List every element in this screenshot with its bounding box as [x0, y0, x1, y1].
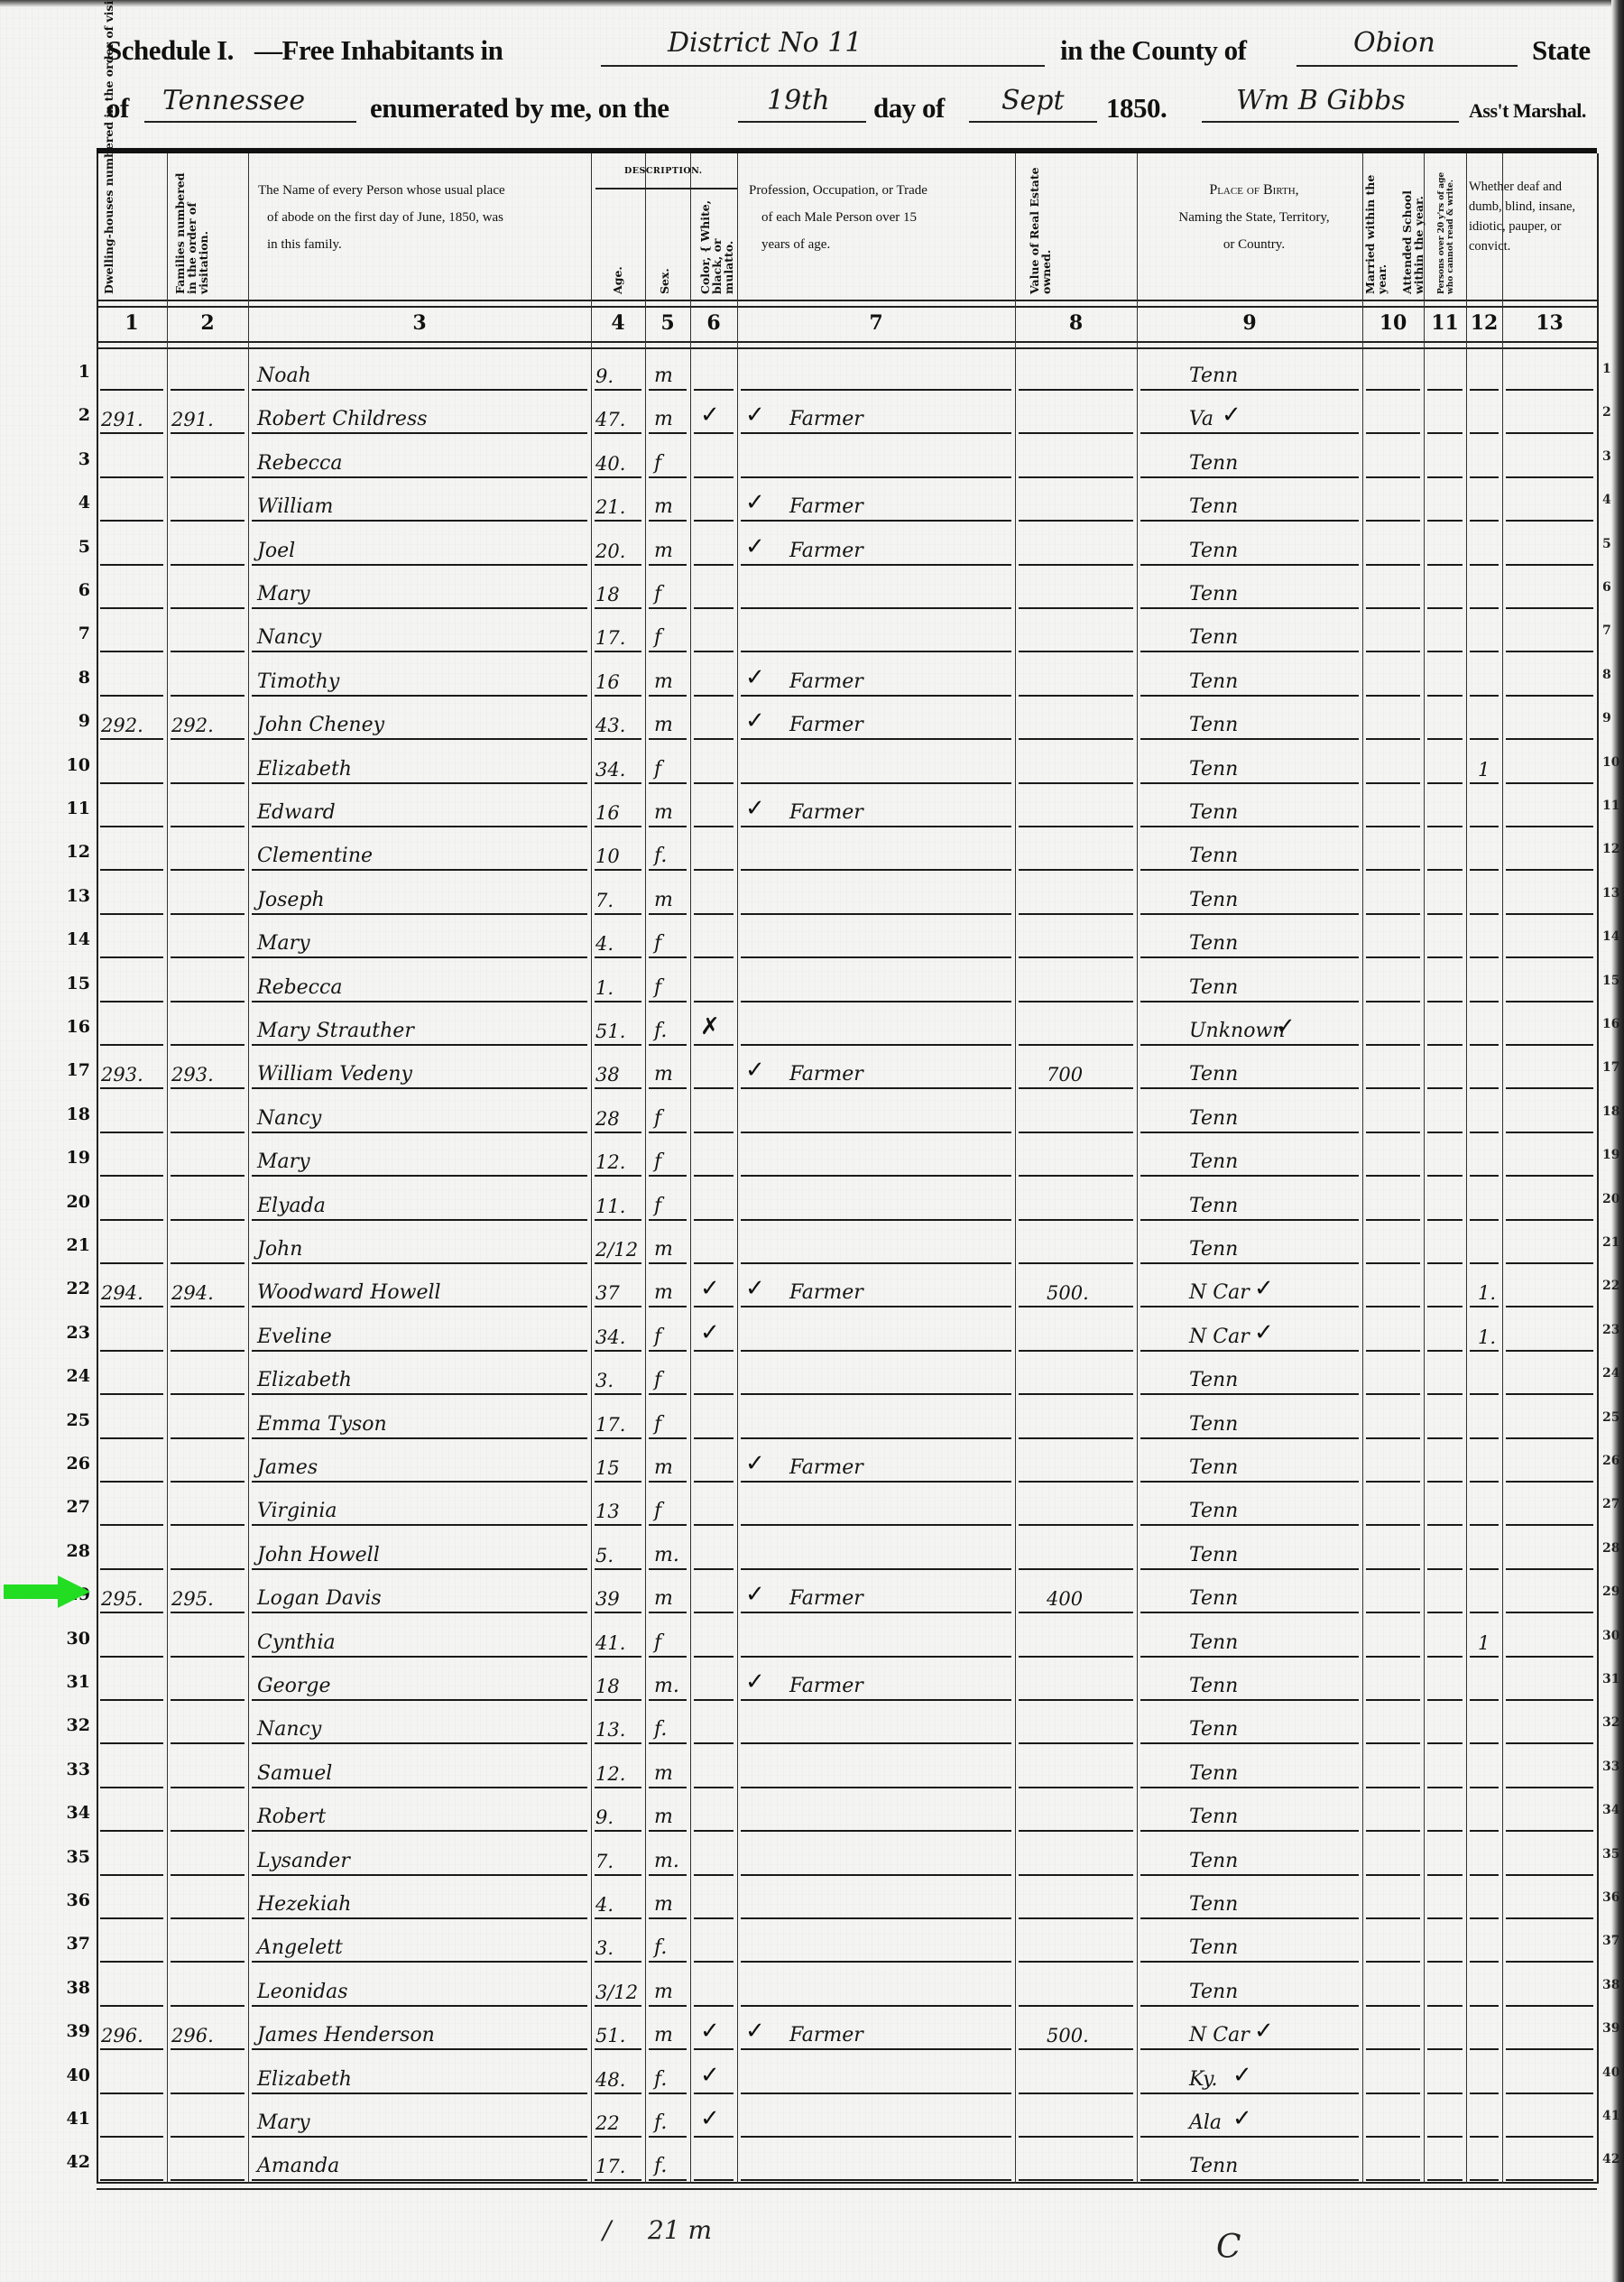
row-rule	[252, 2179, 587, 2181]
birthplace: Tenn	[1189, 801, 1238, 824]
line-number-right: 11	[1602, 799, 1619, 813]
person-age: 21.	[595, 496, 625, 518]
table-row: 1414Mary4.fTenn	[0, 915, 1624, 958]
table-row: 3737Angelett3.f.Tenn	[0, 1919, 1624, 1963]
real-estate-value: 500.	[1047, 2025, 1089, 2046]
header-real-estate: Value of Real Estate owned.	[1029, 159, 1052, 294]
header-color: Color, { White, black, or mulatto.	[699, 193, 734, 294]
footer-bracket-mark: C	[1216, 2229, 1241, 2266]
person-name: Nancy	[257, 1718, 321, 1741]
person-age: 7.	[595, 890, 614, 911]
row-rule	[100, 2179, 163, 2181]
person-name: Lysander	[257, 1850, 350, 1872]
table-row: 88Timothy16m✓FarmerTenn	[0, 653, 1624, 697]
birthplace: Tenn	[1189, 1936, 1238, 1959]
table-row: 1919Mary12.fTenn	[0, 1133, 1624, 1177]
line-number-right: 40	[1602, 2065, 1619, 2080]
line-number: 18	[36, 1104, 90, 1124]
person-sex: m.	[654, 1675, 679, 1697]
line-number-right: 26	[1602, 1454, 1619, 1468]
person-sex: f.	[654, 1020, 667, 1042]
person-sex: f	[654, 758, 661, 781]
illiterate-mark: 1.	[1478, 1326, 1496, 1348]
birthplace: Tenn	[1189, 1107, 1238, 1130]
dwelling-number: 292.	[101, 715, 143, 736]
table-row: 1212Clementine10f.Tenn	[0, 827, 1624, 871]
line-number: 6	[36, 580, 90, 600]
person-sex: f	[654, 1107, 661, 1130]
person-age: 38	[595, 1064, 620, 1086]
birthplace: Tenn	[1189, 626, 1238, 649]
line-number-right: 28	[1602, 1541, 1619, 1556]
line-number: 20	[36, 1192, 90, 1212]
line-number: 32	[36, 1715, 90, 1735]
table-row: 44William21.m✓FarmerTenn	[0, 478, 1624, 522]
person-name: Timothy	[257, 670, 339, 693]
table-row: 2020Elyada11.fTenn	[0, 1178, 1624, 1221]
birthplace: Tenn	[1189, 1238, 1238, 1261]
line-number-right: 29	[1602, 1584, 1619, 1599]
header-occupation: Profession, Occupation, or Trade of each…	[740, 177, 1020, 258]
birthplace: Tenn	[1189, 714, 1238, 736]
marshal-label: Ass't Marshal.	[1469, 99, 1586, 123]
table-row: 2828John Howell5.m.Tenn	[0, 1527, 1624, 1570]
person-sex: f	[654, 1195, 661, 1217]
line-number: 34	[36, 1803, 90, 1823]
line-number-right: 13	[1602, 886, 1619, 901]
person-name: Woodward Howell	[257, 1281, 441, 1304]
occupation: Farmer	[789, 1587, 863, 1610]
birthplace: Tenn	[1189, 1544, 1238, 1566]
birthplace: Tenn	[1189, 495, 1238, 518]
line-number: 26	[36, 1454, 90, 1474]
color-mark: ✓	[700, 2018, 720, 2045]
occupation-check: ✓	[745, 1275, 765, 1302]
person-age: 4.	[595, 933, 614, 955]
table-row: 1111Edward16m✓FarmerTenn	[0, 784, 1624, 827]
birthplace: Tenn	[1189, 1893, 1238, 1916]
line-number: 10	[36, 755, 90, 775]
person-age: 10	[595, 845, 620, 867]
birthplace: Tenn	[1189, 1631, 1238, 1654]
line-number-right: 8	[1602, 668, 1611, 682]
table-row: 3333Samuel12.mTenn	[0, 1745, 1624, 1788]
table-row: 2525Emma Tyson17.fTenn	[0, 1396, 1624, 1439]
line-number: 36	[36, 1890, 90, 1910]
line-number: 38	[36, 1978, 90, 1998]
row-rule	[1506, 2179, 1593, 2181]
person-age: 9.	[595, 365, 614, 387]
birthplace: Va	[1189, 408, 1213, 430]
person-age: 20.	[595, 540, 625, 562]
column-number: 12	[1466, 311, 1502, 335]
line-number-right: 21	[1602, 1235, 1619, 1250]
person-sex: m	[654, 408, 673, 430]
row-rule	[741, 2179, 1011, 2181]
person-sex: m	[654, 714, 673, 736]
person-age: 48.	[595, 2069, 625, 2091]
person-sex: f	[654, 932, 661, 955]
line-number: 4	[36, 493, 90, 513]
row-rule	[649, 2179, 687, 2181]
person-sex: m	[654, 1456, 673, 1479]
birthplace: Ky.	[1189, 2068, 1218, 2091]
person-sex: f.	[654, 845, 667, 867]
table-row: 4040Elizabeth48.f.✓Ky.✓	[0, 2051, 1624, 2094]
person-name: Robert	[257, 1806, 326, 1828]
occupation-check: ✓	[745, 402, 765, 429]
schedule-label: Schedule I.	[106, 34, 234, 67]
row-rule	[1427, 2179, 1463, 2181]
person-name: Angelett	[257, 1936, 343, 1959]
family-number: 294.	[171, 1282, 214, 1304]
person-age: 4.	[595, 1894, 614, 1916]
header-rule	[97, 300, 1597, 308]
person-age: 2/12	[595, 1239, 638, 1261]
row-rule	[171, 2179, 245, 2181]
dwelling-number: 296.	[101, 2025, 143, 2046]
family-number: 292.	[171, 715, 214, 736]
table-row: 22291.291.Robert Childress47.m✓✓FarmerVa…	[0, 391, 1624, 434]
person-age: 11.	[595, 1196, 625, 1217]
line-number-right: 16	[1602, 1017, 1619, 1031]
person-name: Cynthia	[257, 1631, 336, 1654]
person-name: Samuel	[257, 1762, 332, 1785]
person-name: Mary	[257, 1150, 310, 1173]
line-number: 13	[36, 886, 90, 906]
person-age: 16	[595, 802, 620, 824]
header-birthplace: Place of Birth, Naming the State, Territ…	[1101, 177, 1407, 258]
birthplace: Tenn	[1189, 976, 1238, 999]
line-number-right: 14	[1602, 929, 1619, 944]
person-age: 34.	[595, 759, 625, 781]
birthplace: Tenn	[1189, 1369, 1238, 1391]
person-age: 17.	[595, 1414, 625, 1436]
enumerated-label: enumerated by me, on the	[370, 92, 669, 125]
description-rule	[595, 188, 737, 189]
line-number-right: 23	[1602, 1323, 1619, 1337]
birthplace: Tenn	[1189, 1456, 1238, 1479]
line-number: 16	[36, 1017, 90, 1037]
column-number: 4	[591, 311, 645, 335]
dwelling-number: 291.	[101, 409, 143, 430]
table-row: 3434Robert9.mTenn	[0, 1788, 1624, 1832]
person-name: Mary Strauther	[257, 1020, 414, 1042]
row-rule	[1140, 2179, 1359, 2181]
line-number-right: 3	[1602, 449, 1611, 464]
table-row: 4141Mary22f.✓Ala✓	[0, 2094, 1624, 2138]
birthplace: Tenn	[1189, 1981, 1238, 2003]
table-row: 3838Leonidas3/12mTenn	[0, 1963, 1624, 2007]
header-description: DESCRIPTION.	[624, 166, 703, 176]
table-row: 3636Hezekiah4.mTenn	[0, 1876, 1624, 1919]
person-age: 28	[595, 1108, 620, 1130]
person-sex: f.	[654, 1718, 667, 1741]
real-estate-value: 700	[1047, 1064, 1083, 1086]
person-name: Joseph	[257, 889, 325, 911]
line-number: 27	[36, 1497, 90, 1517]
line-number-right: 1	[1602, 362, 1611, 376]
occupation: Farmer	[789, 2024, 863, 2046]
occupation: Farmer	[789, 1063, 863, 1086]
table-row: 1010Elizabeth34.fTenn1	[0, 741, 1624, 784]
birthplace: Tenn	[1189, 2155, 1238, 2177]
table-row: 33Rebecca40.fTenn	[0, 435, 1624, 478]
birthplace-check: ✓	[1232, 2062, 1252, 2089]
table-row: 77Nancy17.fTenn	[0, 609, 1624, 652]
occupation-check: ✓	[745, 1668, 765, 1695]
column-number: 5	[645, 311, 690, 335]
column-number: 13	[1502, 311, 1597, 335]
person-age: 5.	[595, 1545, 614, 1566]
person-name: Emma Tyson	[257, 1413, 387, 1436]
line-number: 21	[36, 1235, 90, 1255]
person-age: 13.	[595, 1719, 625, 1741]
person-sex: m	[654, 1063, 673, 1086]
line-number-right: 38	[1602, 1978, 1619, 1992]
dwelling-number: 294.	[101, 1282, 143, 1304]
table-row: 55Joel20.m✓FarmerTenn	[0, 522, 1624, 566]
month-blank	[969, 121, 1097, 123]
real-estate-value: 400	[1047, 1588, 1083, 1610]
occupation-check: ✓	[745, 533, 765, 560]
header-families: Families numbered in the order of visita…	[174, 168, 209, 294]
person-sex: m	[654, 801, 673, 824]
person-sex: m	[654, 365, 673, 387]
birthplace: Tenn	[1189, 583, 1238, 605]
occupation: Farmer	[789, 1281, 863, 1304]
birthplace: Unknown	[1189, 1020, 1285, 1042]
person-name: William	[257, 495, 333, 518]
person-age: 12.	[595, 1151, 625, 1173]
dwelling-number: 295.	[101, 1588, 143, 1610]
person-name: Logan Davis	[257, 1587, 382, 1610]
person-name: Rebecca	[257, 452, 342, 475]
person-sex: f	[654, 452, 661, 475]
person-name: Elizabeth	[257, 1369, 352, 1391]
person-sex: f.	[654, 1936, 667, 1959]
birthplace: Tenn	[1189, 1587, 1238, 1610]
day-value: 19th	[767, 85, 830, 116]
header-illiterate: Persons over 20 y'rs of age who cannot r…	[1437, 159, 1455, 294]
person-name: Robert Childress	[257, 408, 428, 430]
person-name: Joel	[257, 540, 295, 562]
day-label: day of	[873, 92, 945, 125]
person-name: Elyada	[257, 1195, 326, 1217]
line-number-right: 18	[1602, 1104, 1619, 1119]
header-deaf: Whether deaf and dumb, blind, insane, id…	[1469, 177, 1604, 256]
color-mark: ✗	[700, 1013, 720, 1040]
table-row: 2626James15m✓FarmerTenn	[0, 1439, 1624, 1483]
family-number: 296.	[171, 2025, 214, 2046]
line-number: 37	[36, 1934, 90, 1954]
person-age: 17.	[595, 2156, 625, 2177]
line-number: 12	[36, 842, 90, 862]
birthplace: Tenn	[1189, 845, 1238, 867]
line-number: 41	[36, 2109, 90, 2129]
table-row: 66Mary18fTenn	[0, 566, 1624, 609]
row-rule	[1470, 2179, 1499, 2181]
person-sex: m	[654, 1587, 673, 1610]
line-number-right: 37	[1602, 1934, 1619, 1948]
line-number-right: 20	[1602, 1192, 1619, 1206]
line-number: 28	[36, 1541, 90, 1561]
person-age: 37	[595, 1282, 620, 1304]
person-name: Mary	[257, 2111, 310, 2134]
person-sex: m	[654, 495, 673, 518]
line-number: 42	[36, 2152, 90, 2172]
line-number: 3	[36, 449, 90, 469]
person-sex: m	[654, 670, 673, 693]
table-row: 1818Nancy28fTenn	[0, 1090, 1624, 1133]
birthplace-check: ✓	[1254, 1319, 1274, 1346]
title-text: —Free Inhabitants in	[254, 34, 503, 67]
line-number: 15	[36, 974, 90, 993]
illiterate-mark: 1.	[1478, 1282, 1496, 1304]
line-number-right: 36	[1602, 1890, 1619, 1905]
footer-tally-note: 21 m	[648, 2215, 712, 2245]
birthplace: Tenn	[1189, 889, 1238, 911]
person-sex: f	[654, 583, 661, 605]
occupation: Farmer	[789, 540, 863, 562]
dwelling-number: 293.	[101, 1064, 143, 1086]
person-name: James Henderson	[257, 2024, 435, 2046]
person-age: 47.	[595, 409, 625, 430]
row-rule	[1366, 2179, 1420, 2181]
person-age: 41.	[595, 1632, 625, 1654]
occupation: Farmer	[789, 1456, 863, 1479]
line-number: 25	[36, 1410, 90, 1430]
column-number: 7	[737, 311, 1015, 335]
county-value: Obion	[1353, 27, 1435, 59]
person-name: John Cheney	[257, 714, 384, 736]
line-number-right: 22	[1602, 1279, 1619, 1293]
footer-tally-mark: /	[603, 2215, 611, 2245]
occupation: Farmer	[789, 714, 863, 736]
occupation-check: ✓	[745, 1581, 765, 1608]
person-name: Amanda	[257, 2155, 339, 2177]
illiterate-mark: 1	[1478, 759, 1490, 781]
color-mark: ✓	[700, 2062, 720, 2089]
birthplace-check: ✓	[1232, 2105, 1252, 2132]
birthplace: N Car	[1189, 1281, 1250, 1304]
line-number: 17	[36, 1060, 90, 1080]
line-number-right: 12	[1602, 842, 1619, 856]
month-value: Sept	[1001, 85, 1065, 116]
table-row: 1616Mary Strauther51.f.✗Unknown✓	[0, 1002, 1624, 1046]
line-number-right: 42	[1602, 2152, 1619, 2167]
column-number: 2	[167, 311, 248, 335]
person-age: 15	[595, 1457, 620, 1479]
person-sex: f.	[654, 2155, 667, 2177]
district-value: District No 11	[668, 27, 862, 59]
person-sex: f	[654, 976, 661, 999]
person-age: 18	[595, 584, 620, 605]
table-row: 2121John2/12mTenn	[0, 1221, 1624, 1264]
person-sex: m	[654, 1762, 673, 1785]
person-age: 7.	[595, 1851, 614, 1872]
occupation-check: ✓	[745, 2018, 765, 2045]
person-age: 51.	[595, 1021, 625, 1042]
column-number: 9	[1137, 311, 1362, 335]
occupation-check: ✓	[745, 707, 765, 734]
person-sex: m	[654, 1806, 673, 1828]
birthplace: Tenn	[1189, 670, 1238, 693]
scan-top-edge	[0, 0, 1624, 7]
birthplace: Tenn	[1189, 932, 1238, 955]
header-school: Attended School within the year.	[1401, 159, 1425, 294]
person-name: Noah	[257, 365, 311, 387]
birthplace: Tenn	[1189, 540, 1238, 562]
occupation-check: ✓	[745, 1450, 765, 1477]
birthplace: Tenn	[1189, 1063, 1238, 1086]
birthplace: Tenn	[1189, 758, 1238, 781]
person-sex: f	[654, 1500, 661, 1522]
line-number: 31	[36, 1672, 90, 1692]
line-number-right: 6	[1602, 580, 1611, 595]
person-name: James	[257, 1456, 318, 1479]
line-number: 2	[36, 405, 90, 425]
birthplace: Tenn	[1189, 1762, 1238, 1785]
state-label: State	[1532, 34, 1591, 67]
table-row: 99292.292.John Cheney43.m✓FarmerTenn	[0, 697, 1624, 740]
table-row: 11Noah9.mTenn	[0, 347, 1624, 391]
occupation: Farmer	[789, 801, 863, 824]
table-row: 2222294.294.Woodward Howell37m✓✓Farmer50…	[0, 1264, 1624, 1307]
person-age: 3.	[595, 1937, 614, 1959]
table-row: 3535Lysander7.m.Tenn	[0, 1833, 1624, 1876]
birthplace: Tenn	[1189, 1675, 1238, 1697]
column-number: 8	[1015, 311, 1137, 335]
header-married: Married within the year.	[1364, 159, 1388, 294]
line-number-right: 39	[1602, 2021, 1619, 2036]
birthplace: Tenn	[1189, 1718, 1238, 1741]
person-name: Virginia	[257, 1500, 337, 1522]
person-name: Eveline	[257, 1326, 332, 1348]
table-row: 2929295.295.Logan Davis39m✓Farmer400Tenn	[0, 1570, 1624, 1613]
person-sex: m	[654, 540, 673, 562]
line-number: 39	[36, 2021, 90, 2041]
person-sex: f	[654, 626, 661, 649]
birthplace: Tenn	[1189, 1850, 1238, 1872]
occupation: Farmer	[789, 670, 863, 693]
real-estate-value: 500.	[1047, 1282, 1089, 1304]
person-sex: f	[654, 1150, 661, 1173]
line-number-right: 41	[1602, 2109, 1619, 2123]
line-number: 9	[36, 711, 90, 731]
birthplace: Ala	[1189, 2111, 1222, 2134]
person-age: 1.	[595, 977, 614, 999]
birthplace-check: ✓	[1254, 1275, 1274, 1302]
person-sex: m	[654, 1893, 673, 1916]
line-number-right: 17	[1602, 1060, 1619, 1075]
person-sex: m	[654, 1238, 673, 1261]
person-age: 3.	[595, 1370, 614, 1391]
header-dwelling: Dwelling-houses numbered in the order of…	[103, 0, 115, 294]
birthplace-check: ✓	[1254, 2018, 1274, 2045]
person-name: Edward	[257, 801, 336, 824]
day-blank	[738, 121, 866, 123]
person-age: 3/12	[595, 1982, 638, 2003]
table-row: 2727Virginia13fTenn	[0, 1483, 1624, 1526]
row-rule	[595, 2179, 641, 2181]
line-number-right: 2	[1602, 405, 1611, 420]
birthplace: Tenn	[1189, 452, 1238, 475]
illiterate-mark: 1	[1478, 1632, 1490, 1654]
person-name: Mary	[257, 583, 310, 605]
person-age: 43.	[595, 715, 625, 736]
marshal-name: Wm B Gibbs	[1236, 85, 1406, 116]
